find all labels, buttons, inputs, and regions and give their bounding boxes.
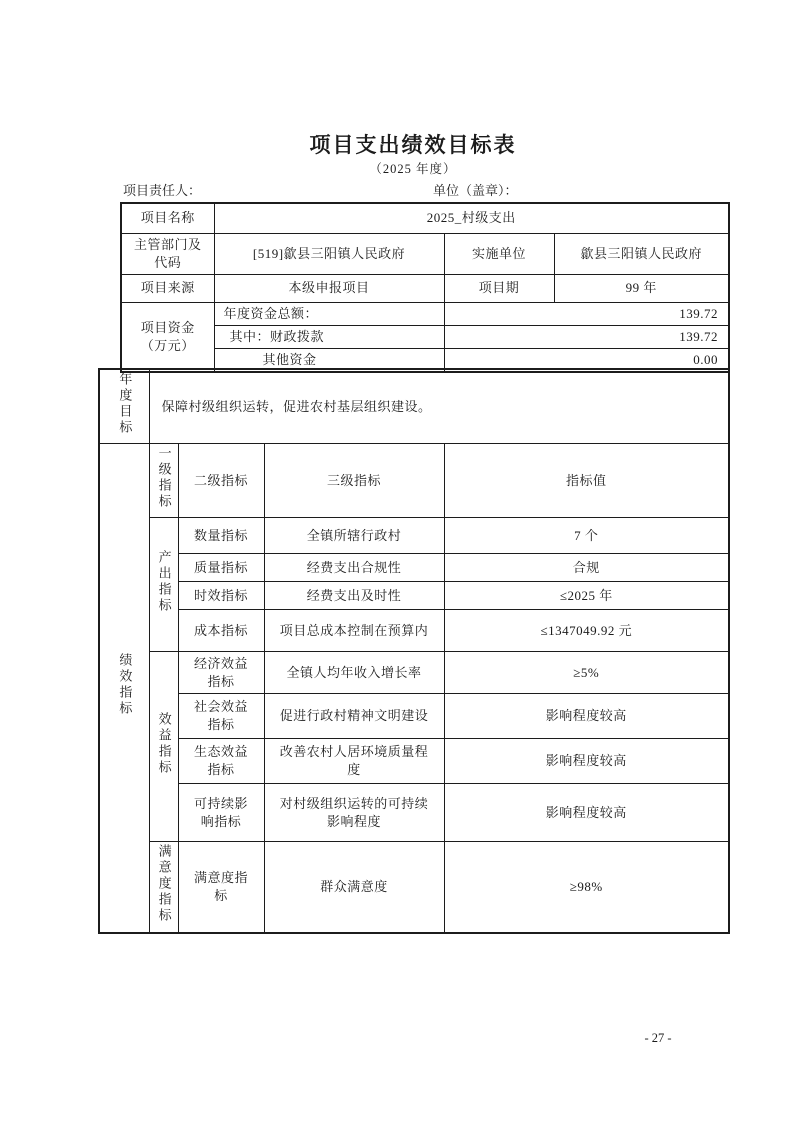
- indicator-l3-cell: 改善农村人居环境质量程 度: [264, 739, 444, 784]
- indicator-l3-cell: 经费支出及时性: [264, 582, 444, 610]
- satisfaction-group-label-cell: 满意度指标: [149, 842, 178, 933]
- indicator-l3-cell: 对村级组织运转的可持续 影响程度: [264, 784, 444, 842]
- unit-seal-label: 单位（盖章）：: [433, 180, 518, 199]
- satisfaction-group-label: 满意度指标: [156, 844, 170, 924]
- project-source-label-cell: 项目来源: [121, 274, 214, 302]
- perf-section-label-cell: 绩效指标: [99, 444, 149, 933]
- indicator-l3-cell: 全镇所辖行政村: [264, 518, 444, 554]
- indicator-l2-cell: 社会效益 指标: [178, 694, 264, 739]
- annual-goal-label: 年度目标: [117, 372, 131, 436]
- indicator-value-cell: ≥5%: [444, 652, 729, 694]
- indicator-l2-cell: 数量指标: [178, 518, 264, 554]
- indicator-value-cell: ≥98%: [444, 842, 729, 933]
- doc-title: 项目支出绩效目标表: [98, 129, 728, 159]
- project-name-value-cell: 2025_村级支出: [214, 203, 729, 233]
- header-value-cell: 指标值: [444, 444, 729, 518]
- indicator-l2-cell: 质量指标: [178, 554, 264, 582]
- indicator-l2-cell: 可持续影 响指标: [178, 784, 264, 842]
- output-group-label-cell: 产出指标: [149, 518, 178, 652]
- indicator-l3-cell: 经费支出合规性: [264, 554, 444, 582]
- indicator-value-cell: 影响程度较高: [444, 694, 729, 739]
- indicator-l3-cell: 促进行政村精神文明建设: [264, 694, 444, 739]
- funds-label-cell: 项目资金 （万元）: [121, 302, 214, 372]
- indicator-value-cell: ≤2025 年: [444, 582, 729, 610]
- impl-unit-label-cell: 实施单位: [444, 233, 554, 274]
- indicator-value-cell: 影响程度较高: [444, 784, 729, 842]
- header-l1-cell: 一级指标: [149, 444, 178, 518]
- project-responsible-label: 项目责任人：: [123, 180, 201, 199]
- project-period-value-cell: 99 年: [554, 274, 729, 302]
- header-l2-cell: 二级指标: [178, 444, 264, 518]
- indicator-value-cell: 7 个: [444, 518, 729, 554]
- header-l1-label: 一级指标: [156, 446, 170, 510]
- funds-total-value-cell: 139.72: [444, 302, 729, 325]
- project-info-table: 项目名称 2025_村级支出 主管部门及 代码 [519]歙县三阳镇人民政府 实…: [120, 202, 730, 373]
- page-number: - 27 -: [628, 1031, 688, 1046]
- indicator-l3-cell: 全镇人均年收入增长率: [264, 652, 444, 694]
- dept-value-cell: [519]歙县三阳镇人民政府: [214, 233, 444, 274]
- funds-fiscal-label-cell: 其中：财政拨款: [214, 326, 444, 349]
- indicator-l3-cell: 群众满意度: [264, 842, 444, 933]
- indicator-l2-cell: 生态效益 指标: [178, 739, 264, 784]
- performance-table: 年度目标 保障村级组织运转，促进农村基层组织建设。 绩效指标 一级指标 二级指标…: [98, 368, 730, 934]
- annual-goal-text-cell: 保障村级组织运转，促进农村基层组织建设。: [149, 369, 729, 444]
- annual-goal-label-cell: 年度目标: [99, 369, 149, 444]
- header-l3-cell: 三级指标: [264, 444, 444, 518]
- indicator-l2-cell: 满意度指 标: [178, 842, 264, 933]
- impl-unit-value-cell: 歙县三阳镇人民政府: [554, 233, 729, 274]
- project-period-label-cell: 项目期: [444, 274, 554, 302]
- funds-total-label-cell: 年度资金总额：: [214, 302, 444, 325]
- indicator-l2-cell: 经济效益 指标: [178, 652, 264, 694]
- perf-section-label: 绩效指标: [117, 653, 131, 717]
- funds-fiscal-value-cell: 139.72: [444, 326, 729, 349]
- dept-label-cell: 主管部门及 代码: [121, 233, 214, 274]
- indicator-value-cell: 影响程度较高: [444, 739, 729, 784]
- indicator-l2-cell: 时效指标: [178, 582, 264, 610]
- document-page: 项目支出绩效目标表 （2025 年度） 项目责任人： 单位（盖章）： 项目名称 …: [0, 0, 794, 1123]
- project-source-value-cell: 本级申报项目: [214, 274, 444, 302]
- project-name-label-cell: 项目名称: [121, 203, 214, 233]
- indicator-l2-cell: 成本指标: [178, 610, 264, 652]
- output-group-label: 产出指标: [156, 550, 170, 614]
- benefit-group-label-cell: 效益指标: [149, 652, 178, 842]
- indicator-value-cell: 合规: [444, 554, 729, 582]
- indicator-l3-cell: 项目总成本控制在预算内: [264, 610, 444, 652]
- indicator-value-cell: ≤1347049.92 元: [444, 610, 729, 652]
- benefit-group-label: 效益指标: [156, 712, 170, 776]
- doc-subtitle: （2025 年度）: [98, 159, 728, 177]
